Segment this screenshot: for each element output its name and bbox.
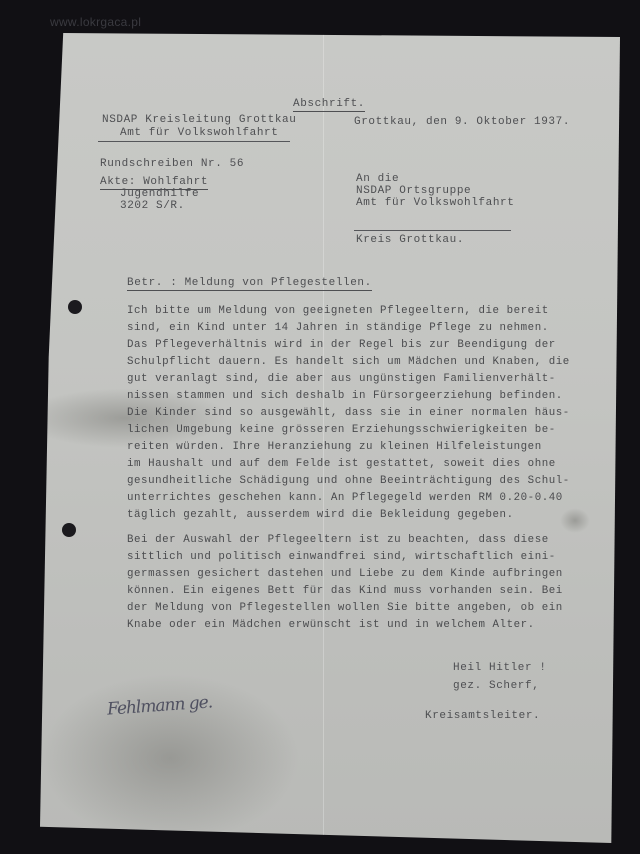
body-line: gesundheitliche Schädigung und ohne Beei…: [127, 475, 570, 487]
recipient-rule: [354, 230, 511, 231]
body-line: Ich bitte um Meldung von geeigneten Pfle…: [127, 305, 549, 317]
body-line: nissen stammen und sich deshalb in Fürso…: [127, 390, 563, 402]
body-line: Schulpflicht dauern. Es handelt sich um …: [127, 356, 570, 368]
paper-fold: [323, 33, 324, 843]
sender-line2: Amt für Volkswohlfahrt: [120, 126, 278, 140]
sender-line1: NSDAP Kreisleitung Grottkau: [102, 113, 296, 127]
body-line: sind, ein Kind unter 14 Jahren in ständi…: [127, 322, 549, 334]
document-paper: Abschrift. NSDAP Kreisleitung Grottkau A…: [40, 33, 620, 843]
body-line: Das Pflegeverhältnis wird in der Regel b…: [127, 339, 556, 351]
body-line: germassen gesichert dastehen und Liebe z…: [127, 568, 563, 580]
sender-rule: [98, 141, 290, 142]
punch-hole: [62, 523, 76, 537]
body-line: lichen Umgebung keine grösseren Erziehun…: [127, 424, 556, 436]
watermark: www.lokrgaca.pl: [50, 15, 141, 29]
body-line: Die Kinder sind so ausgewählt, dass sie …: [127, 407, 570, 419]
body-line: können. Ein eigenes Bett für das Kind mu…: [127, 585, 563, 597]
recipient-line3: Amt für Volkswohlfahrt: [356, 196, 514, 210]
closing-greeting: Heil Hitler !: [453, 661, 547, 675]
body-line: sittlich und politisch einwandfrei sind,…: [127, 551, 556, 563]
subject-line: Betr. : Meldung von Pflegestellen.: [127, 276, 372, 291]
body-line: Knabe oder ein Mädchen erwünscht ist und…: [127, 619, 535, 631]
place-date: Grottkau, den 9. Oktober 1937.: [354, 115, 570, 129]
closing-title: Kreisamtsleiter.: [425, 709, 540, 723]
recipient-line4: Kreis Grottkau.: [356, 233, 464, 247]
reference-line3: 3202 S/R.: [120, 199, 185, 213]
body-line: reiten würden. Ihre Heranziehung zu klei…: [127, 441, 542, 453]
body-line: der Meldung von Pflegestellen wollen Sie…: [127, 602, 563, 614]
body-line: unterrichtes geschehen kann. An Pflegege…: [127, 492, 563, 504]
body-line: gut veranlagt sind, die aber aus ungünst…: [127, 373, 556, 385]
copy-label: Abschrift.: [293, 97, 365, 112]
punch-hole: [68, 300, 82, 314]
body-line: im Haushalt und auf dem Felde ist gestat…: [127, 458, 556, 470]
body-line: Bei der Auswahl der Pflegeeltern ist zu …: [127, 534, 549, 546]
circular-number: Rundschreiben Nr. 56: [100, 157, 244, 171]
stain: [560, 508, 590, 533]
body-line: täglich gezahlt, ausserdem wird die Bekl…: [127, 509, 514, 521]
closing-signed: gez. Scherf,: [453, 679, 539, 693]
